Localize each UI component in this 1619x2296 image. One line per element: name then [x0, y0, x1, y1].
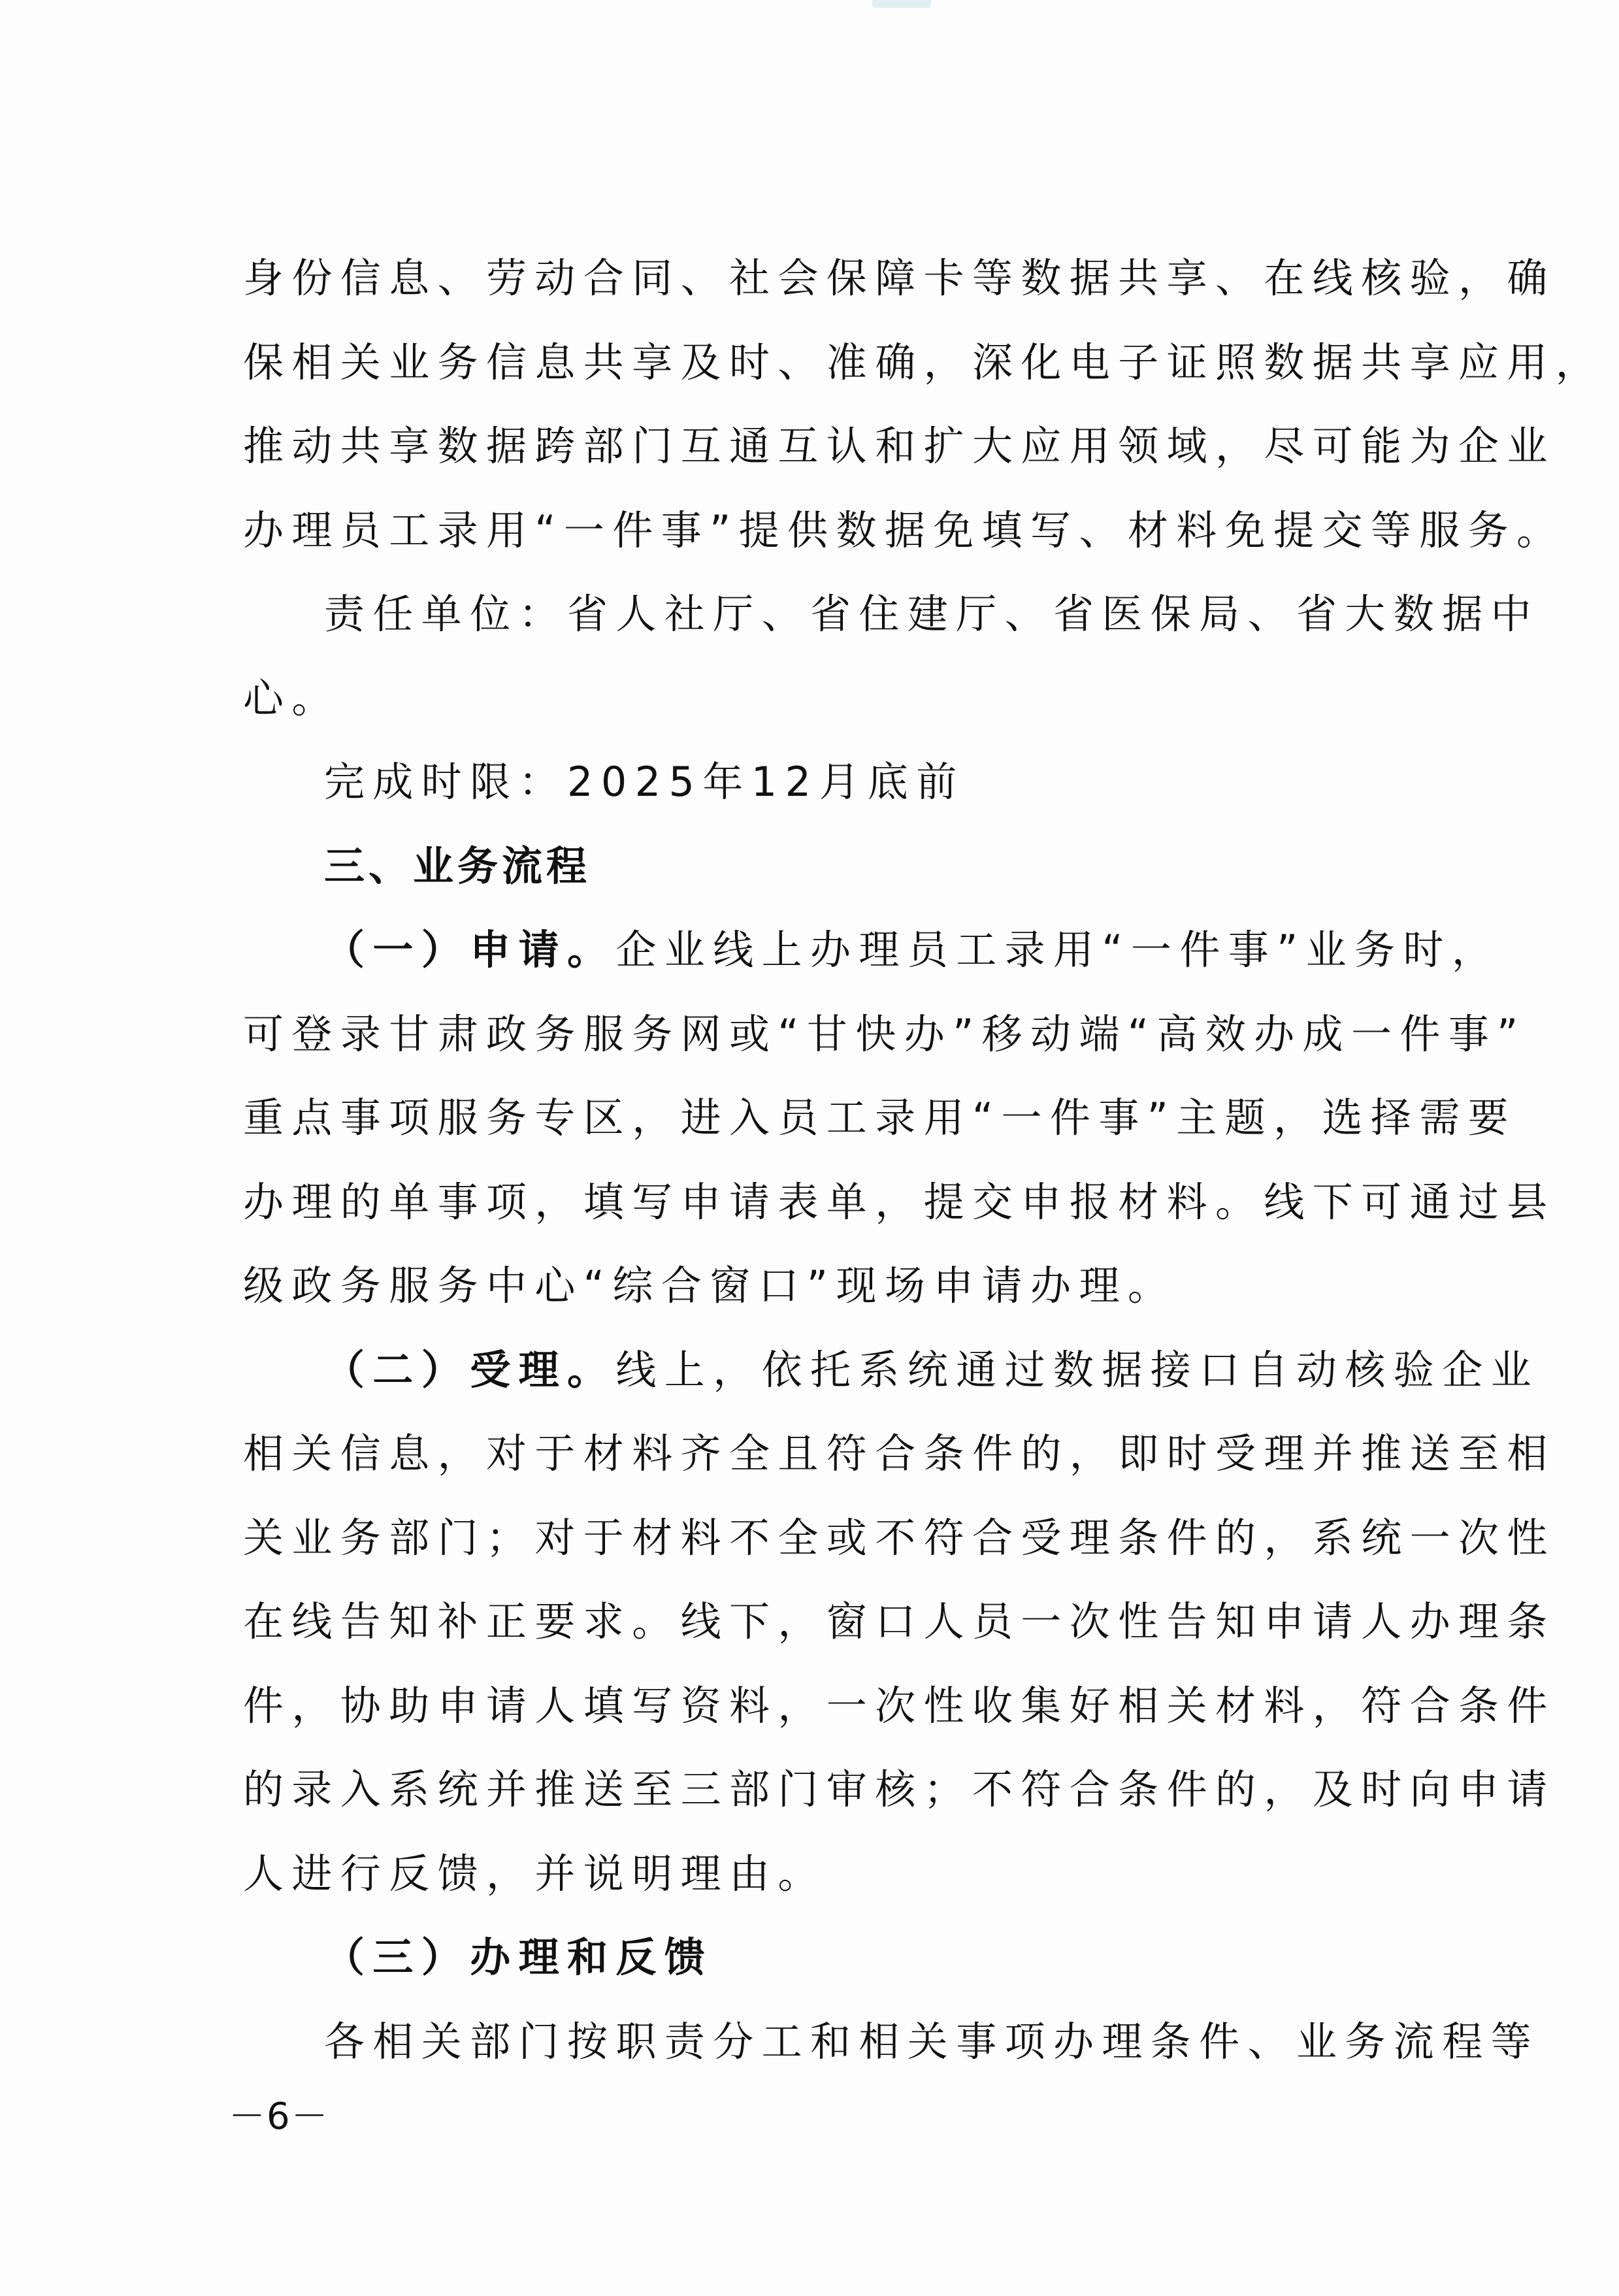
subsection-title: （二）受理。 [324, 1346, 615, 1394]
paragraph-line: 重点事项服务专区，进入员工录用“一件事”主题，选择需要 [243, 1098, 1419, 1138]
paragraph-line: 级政务服务中心“综合窗口”现场申请办理。 [243, 1266, 1419, 1306]
line-text: 级政务服务中心“综合窗口”现场申请办理。 [243, 1262, 1176, 1309]
line-text: 人进行反馈，并说明理由。 [243, 1850, 826, 1897]
line-text: 的录入系统并推送至三部门审核；不符合条件的，及时向申请 [243, 1765, 1556, 1813]
subsection-title: （三）办理和反馈 [324, 1933, 713, 1981]
paragraph-line: （一）申请。企业线上办理员工录用“一件事”业务时， [243, 930, 1419, 970]
responsible-units-line: 心。 [243, 678, 1419, 719]
responsible-units-line: 责任单位：省人社厅、省住建厅、省医保局、省大数据中 [243, 594, 1419, 634]
paragraph-line: 保相关业务信息共享及时、准确，深化电子证照数据共享应用， [243, 342, 1419, 383]
paragraph-line: （二）受理。线上，依托系统通过数据接口自动核验企业 [243, 1350, 1419, 1390]
paragraph-line: 身份信息、劳动合同、社会保障卡等数据共享、在线核验，确 [243, 258, 1419, 299]
line-text: 件，协助申请人填写资料，一次性收集好相关材料，符合条件 [243, 1682, 1556, 1730]
line-text: 完成时限：2025年12月底前 [324, 758, 965, 806]
section-heading: 三、业务流程 [243, 846, 1419, 887]
paragraph-line: 办理的单事项，填写申请表单，提交申报材料。线下可通过县 [243, 1182, 1419, 1222]
document-page: 身份信息、劳动合同、社会保障卡等数据共享、在线核验，确 保相关业务信息共享及时、… [0, 0, 1619, 2296]
line-text: 心。 [243, 674, 340, 722]
scan-artifact [872, 0, 931, 8]
line-text: 可登录甘肃政务服务网或“甘快办”移动端“高效办成一件事” [243, 1010, 1526, 1058]
paragraph-line: 人进行反馈，并说明理由。 [243, 1854, 1419, 1894]
line-text: 关业务部门；对于材料不全或不符合受理条件的，系统一次性 [243, 1514, 1556, 1562]
subsection-heading: （三）办理和反馈 [243, 1937, 1419, 1978]
paragraph-line: 各相关部门按职责分工和相关事项办理条件、业务流程等 [243, 2022, 1419, 2062]
line-text: 企业线上办理员工录用“一件事”业务时， [615, 926, 1500, 974]
line-text: 办理员工录用“一件事”提供数据免填写、材料免提交等服务。 [243, 506, 1565, 554]
line-text: 身份信息、劳动合同、社会保障卡等数据共享、在线核验，确 [243, 254, 1556, 302]
line-text: 责任单位：省人社厅、省住建厅、省医保局、省大数据中 [324, 590, 1539, 638]
line-text: 办理的单事项，填写申请表单，提交申报材料。线下可通过县 [243, 1178, 1556, 1226]
document-body: 身份信息、劳动合同、社会保障卡等数据共享、在线核验，确 保相关业务信息共享及时、… [243, 258, 1419, 2105]
paragraph-line: 的录入系统并推送至三部门审核；不符合条件的，及时向申请 [243, 1769, 1419, 1810]
paragraph-line: 件，协助申请人填写资料，一次性收集好相关材料，符合条件 [243, 1686, 1419, 1726]
paragraph-line: 在线告知补正要求。线下，窗口人员一次性告知申请人办理条 [243, 1601, 1419, 1642]
deadline-line: 完成时限：2025年12月底前 [243, 762, 1419, 802]
paragraph-line: 可登录甘肃政务服务网或“甘快办”移动端“高效办成一件事” [243, 1014, 1419, 1055]
section-title: 三、业务流程 [324, 842, 591, 890]
subsection-title: （一）申请。 [324, 926, 615, 974]
line-text: 推动共享数据跨部门互通互认和扩大应用领域，尽可能为企业 [243, 422, 1556, 470]
paragraph-line: 办理员工录用“一件事”提供数据免填写、材料免提交等服务。 [243, 510, 1419, 551]
line-text: 线上，依托系统通过数据接口自动核验企业 [615, 1346, 1539, 1394]
line-text: 各相关部门按职责分工和相关事项办理条件、业务流程等 [324, 2018, 1539, 2065]
paragraph-line: 推动共享数据跨部门互通互认和扩大应用领域，尽可能为企业 [243, 426, 1419, 467]
line-text: 在线告知补正要求。线下，窗口人员一次性告知申请人办理条 [243, 1598, 1556, 1645]
line-text: 相关信息，对于材料齐全且符合条件的，即时受理并推送至相 [243, 1430, 1556, 1477]
line-text: 保相关业务信息共享及时、准确，深化电子证照数据共享应用， [243, 338, 1604, 386]
paragraph-line: 相关信息，对于材料齐全且符合条件的，即时受理并推送至相 [243, 1434, 1419, 1474]
paragraph-line: 关业务部门；对于材料不全或不符合受理条件的，系统一次性 [243, 1518, 1419, 1558]
line-text: 重点事项服务专区，进入员工录用“一件事”主题，选择需要 [243, 1094, 1516, 1141]
page-number: －6－ [229, 2099, 329, 2135]
